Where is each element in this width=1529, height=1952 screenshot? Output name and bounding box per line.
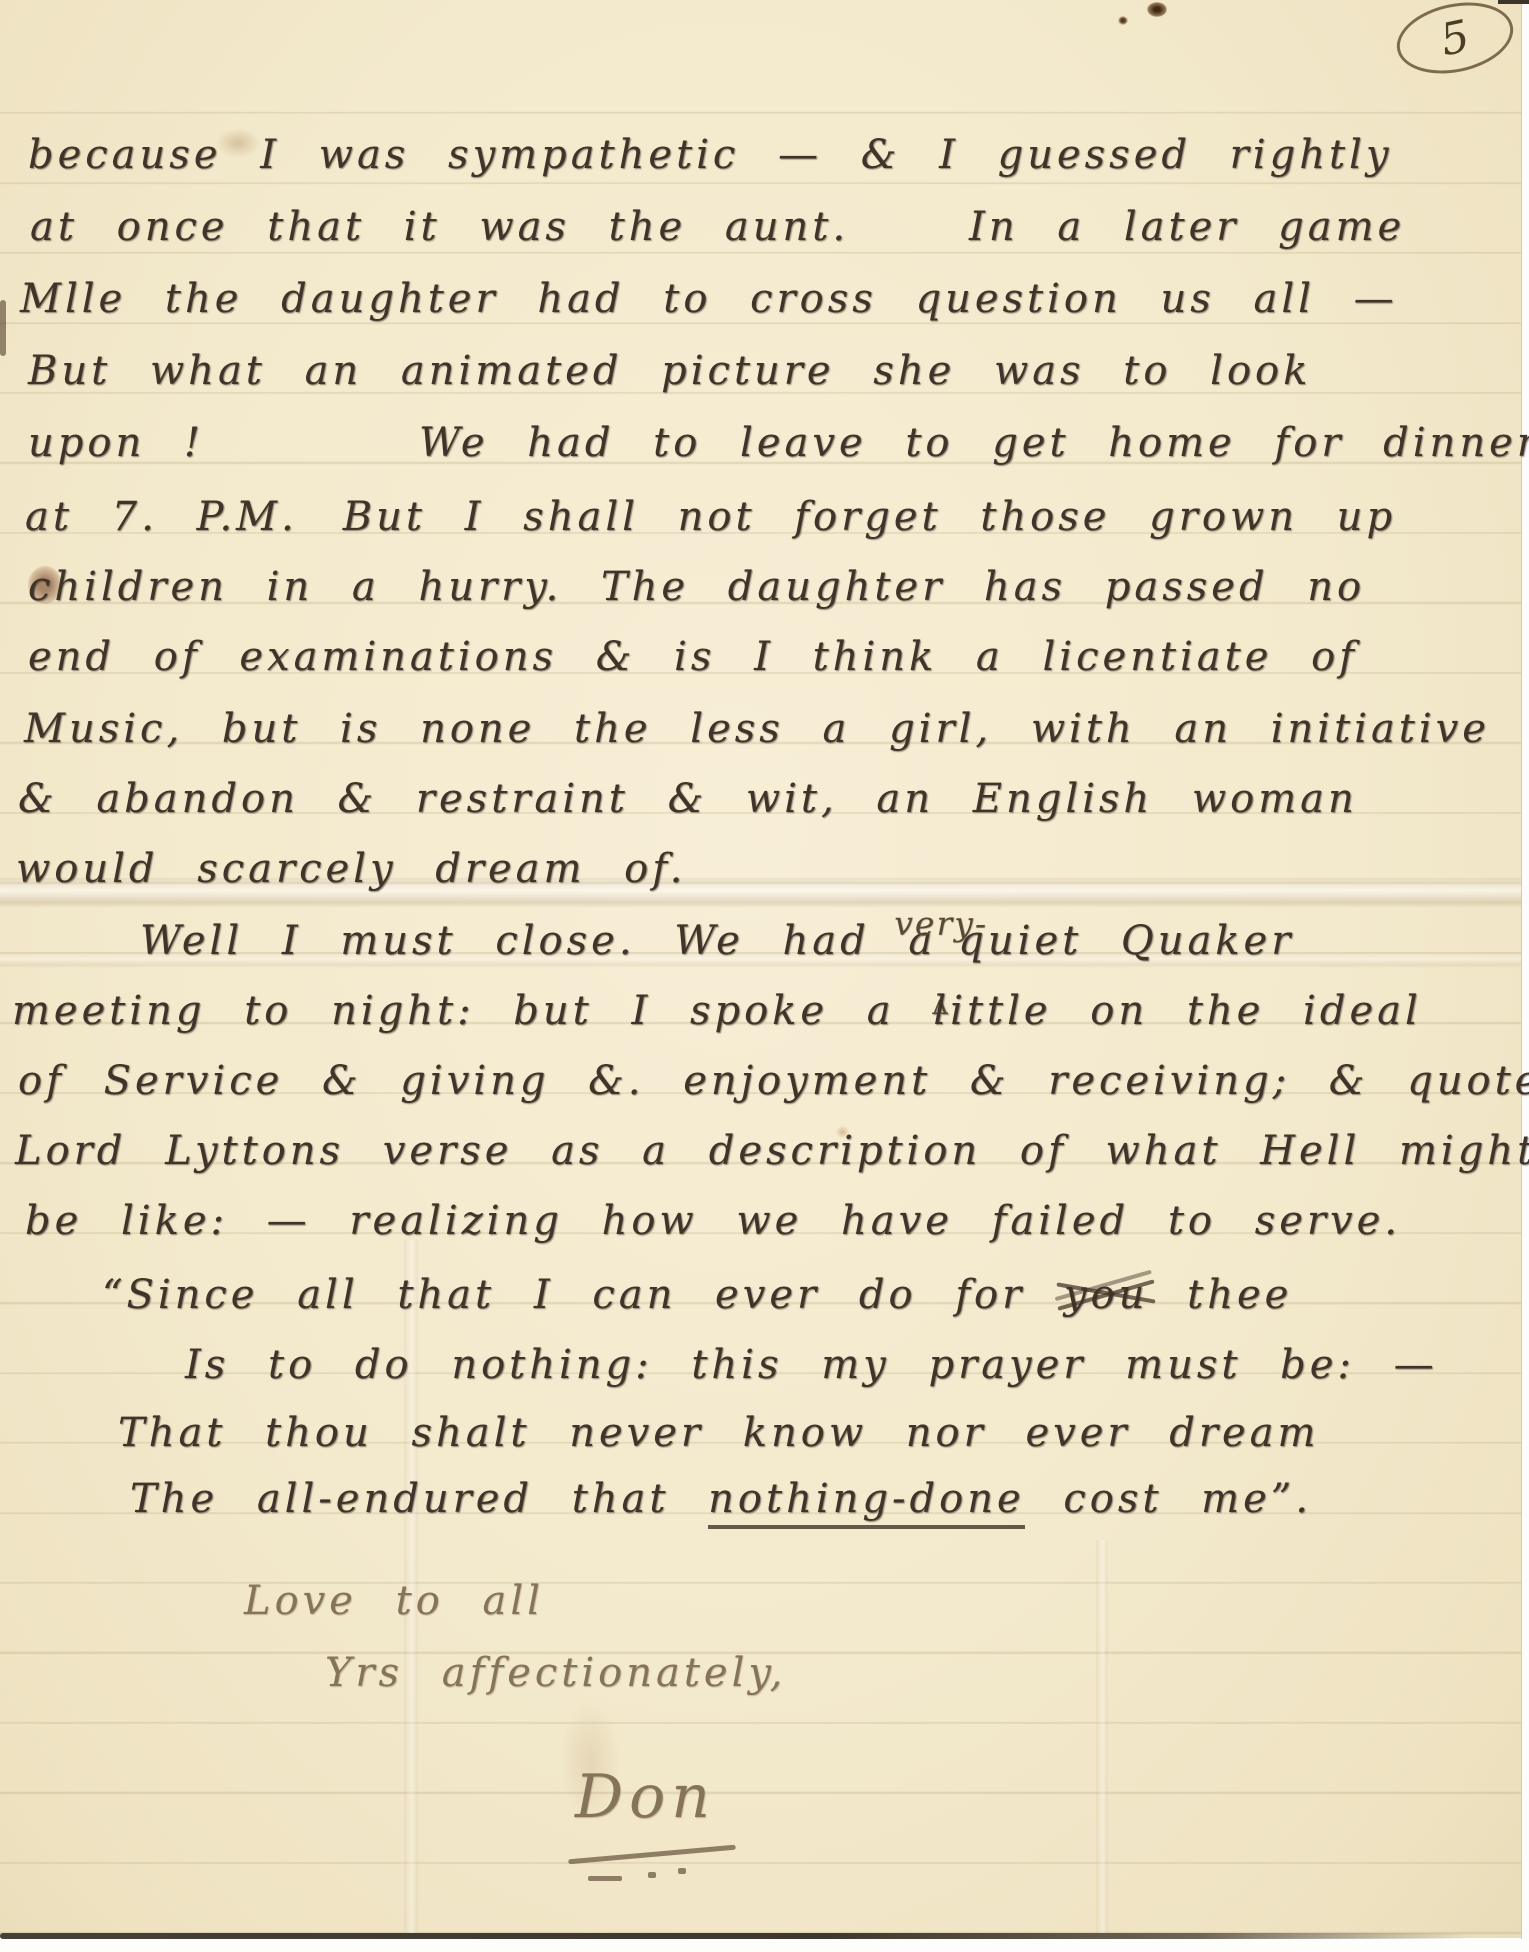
line-text: Well I must close. We had a	[140, 918, 936, 964]
line-text: Mlle the daughter had to cross question …	[20, 276, 1398, 322]
letter-line: But what an animated picture she was to …	[28, 348, 1311, 394]
verse-line: The all-endured that nothing-done cost m…	[130, 1476, 1312, 1522]
line-text: The all-endured that	[130, 1476, 669, 1522]
scan-edge	[1498, 0, 1529, 4]
closing-line: Love to all	[244, 1578, 544, 1624]
line-text: But what an animated picture she was to …	[28, 348, 1311, 394]
line-text: upon !	[28, 420, 204, 466]
line-text: thee	[1187, 1272, 1292, 1318]
signature-flourish	[648, 1872, 656, 1878]
line-text: We had to leave to get home for dinner	[419, 420, 1529, 466]
letter-line: Lord Lyttons verse as a description of w…	[15, 1128, 1529, 1174]
scanned-letter-page: 5 because I was sympathetic — & I guesse…	[0, 0, 1529, 1952]
line-text: “Since all that I can ever do for	[102, 1272, 1025, 1318]
letter-line: because I was sympathetic — & I guessed …	[28, 132, 1392, 178]
letter-line: upon !We had to leave to get home for di…	[28, 420, 1529, 466]
signature: Don	[575, 1762, 716, 1832]
line-text: That thou shalt never know nor ever drea…	[118, 1410, 1319, 1456]
letter-line: of Service & giving &. enjoyment & recei…	[18, 1058, 1529, 1104]
line-text: Is to do nothing: this my prayer must be…	[185, 1342, 1438, 1388]
verse-line: Is to do nothing: this my prayer must be…	[185, 1342, 1438, 1388]
letter-line: at 7. P.M.But I shall not forget those g…	[25, 494, 1396, 540]
line-text: be like: — realizing how we have failed …	[25, 1198, 1401, 1244]
signature-flourish	[678, 1868, 686, 1874]
letter-line: be like: — realizing how we have failed …	[25, 1198, 1401, 1244]
line-text: quiet Quaker	[958, 918, 1294, 964]
fold-crease	[1096, 1540, 1108, 1940]
letter-line: Well I must close. We had avery-ʌquiet Q…	[140, 918, 1294, 964]
line-text: of Service & giving &. enjoyment & recei…	[18, 1058, 1529, 1104]
line-text: at once that it was the aunt.	[30, 204, 849, 250]
letter-line: at once that it was the aunt.In a later …	[30, 204, 1405, 250]
edge-mark	[0, 300, 6, 356]
page-number-value: 5	[1436, 10, 1474, 66]
letter-line: Mlle the daughter had to cross question …	[20, 276, 1398, 322]
inserted-word: very-	[894, 904, 988, 943]
letter-line: meeting to night: but I spoke a little o…	[12, 988, 1422, 1034]
line-text: would scarcely dream of.	[16, 846, 686, 892]
letter-line: children in a hurry. The daughter has pa…	[28, 564, 1365, 610]
scan-edge	[1521, 0, 1529, 1952]
line-text: Music, but is none the less a girl, with…	[24, 706, 1490, 752]
line-text: Lord Lyttons verse as a description of w…	[15, 1128, 1529, 1174]
line-text: Love to all	[244, 1578, 544, 1624]
line-text: at 7. P.M.	[25, 494, 298, 540]
line-text: because I was sympathetic — & I guessed …	[28, 132, 1392, 178]
line-text: children in a hurry. The daughter has pa…	[28, 564, 1365, 610]
line-text: Yrs affectionately,	[325, 1650, 786, 1696]
signature-text: Don	[575, 1762, 716, 1832]
letter-line: & abandon & restraint & wit, an English …	[18, 776, 1358, 822]
struck-word: you	[1064, 1272, 1148, 1318]
line-text: cost me”.	[1063, 1476, 1312, 1522]
stain	[1147, 2, 1167, 17]
line-text: In a later game	[969, 204, 1405, 250]
closing-line: Yrs affectionately,	[325, 1650, 786, 1696]
signature-flourish	[588, 1876, 622, 1881]
underlined-word: nothing-done	[708, 1476, 1024, 1529]
verse-line: That thou shalt never know nor ever drea…	[118, 1410, 1319, 1456]
letter-line: Music, but is none the less a girl, with…	[24, 706, 1490, 752]
verse-line: “Since all that I can ever do for you th…	[102, 1272, 1292, 1318]
letter-line: would scarcely dream of.	[16, 846, 686, 892]
line-text: end of examinations & is I think a licen…	[28, 634, 1358, 680]
line-text: & abandon & restraint & wit, an English …	[18, 776, 1358, 822]
line-text: But I shall not forget those grown up	[343, 494, 1396, 540]
line-text: meeting to night: but I spoke a little o…	[12, 988, 1422, 1034]
letter-line: end of examinations & is I think a licen…	[28, 634, 1358, 680]
stain	[1118, 16, 1128, 25]
scan-edge	[0, 1939, 1529, 1952]
